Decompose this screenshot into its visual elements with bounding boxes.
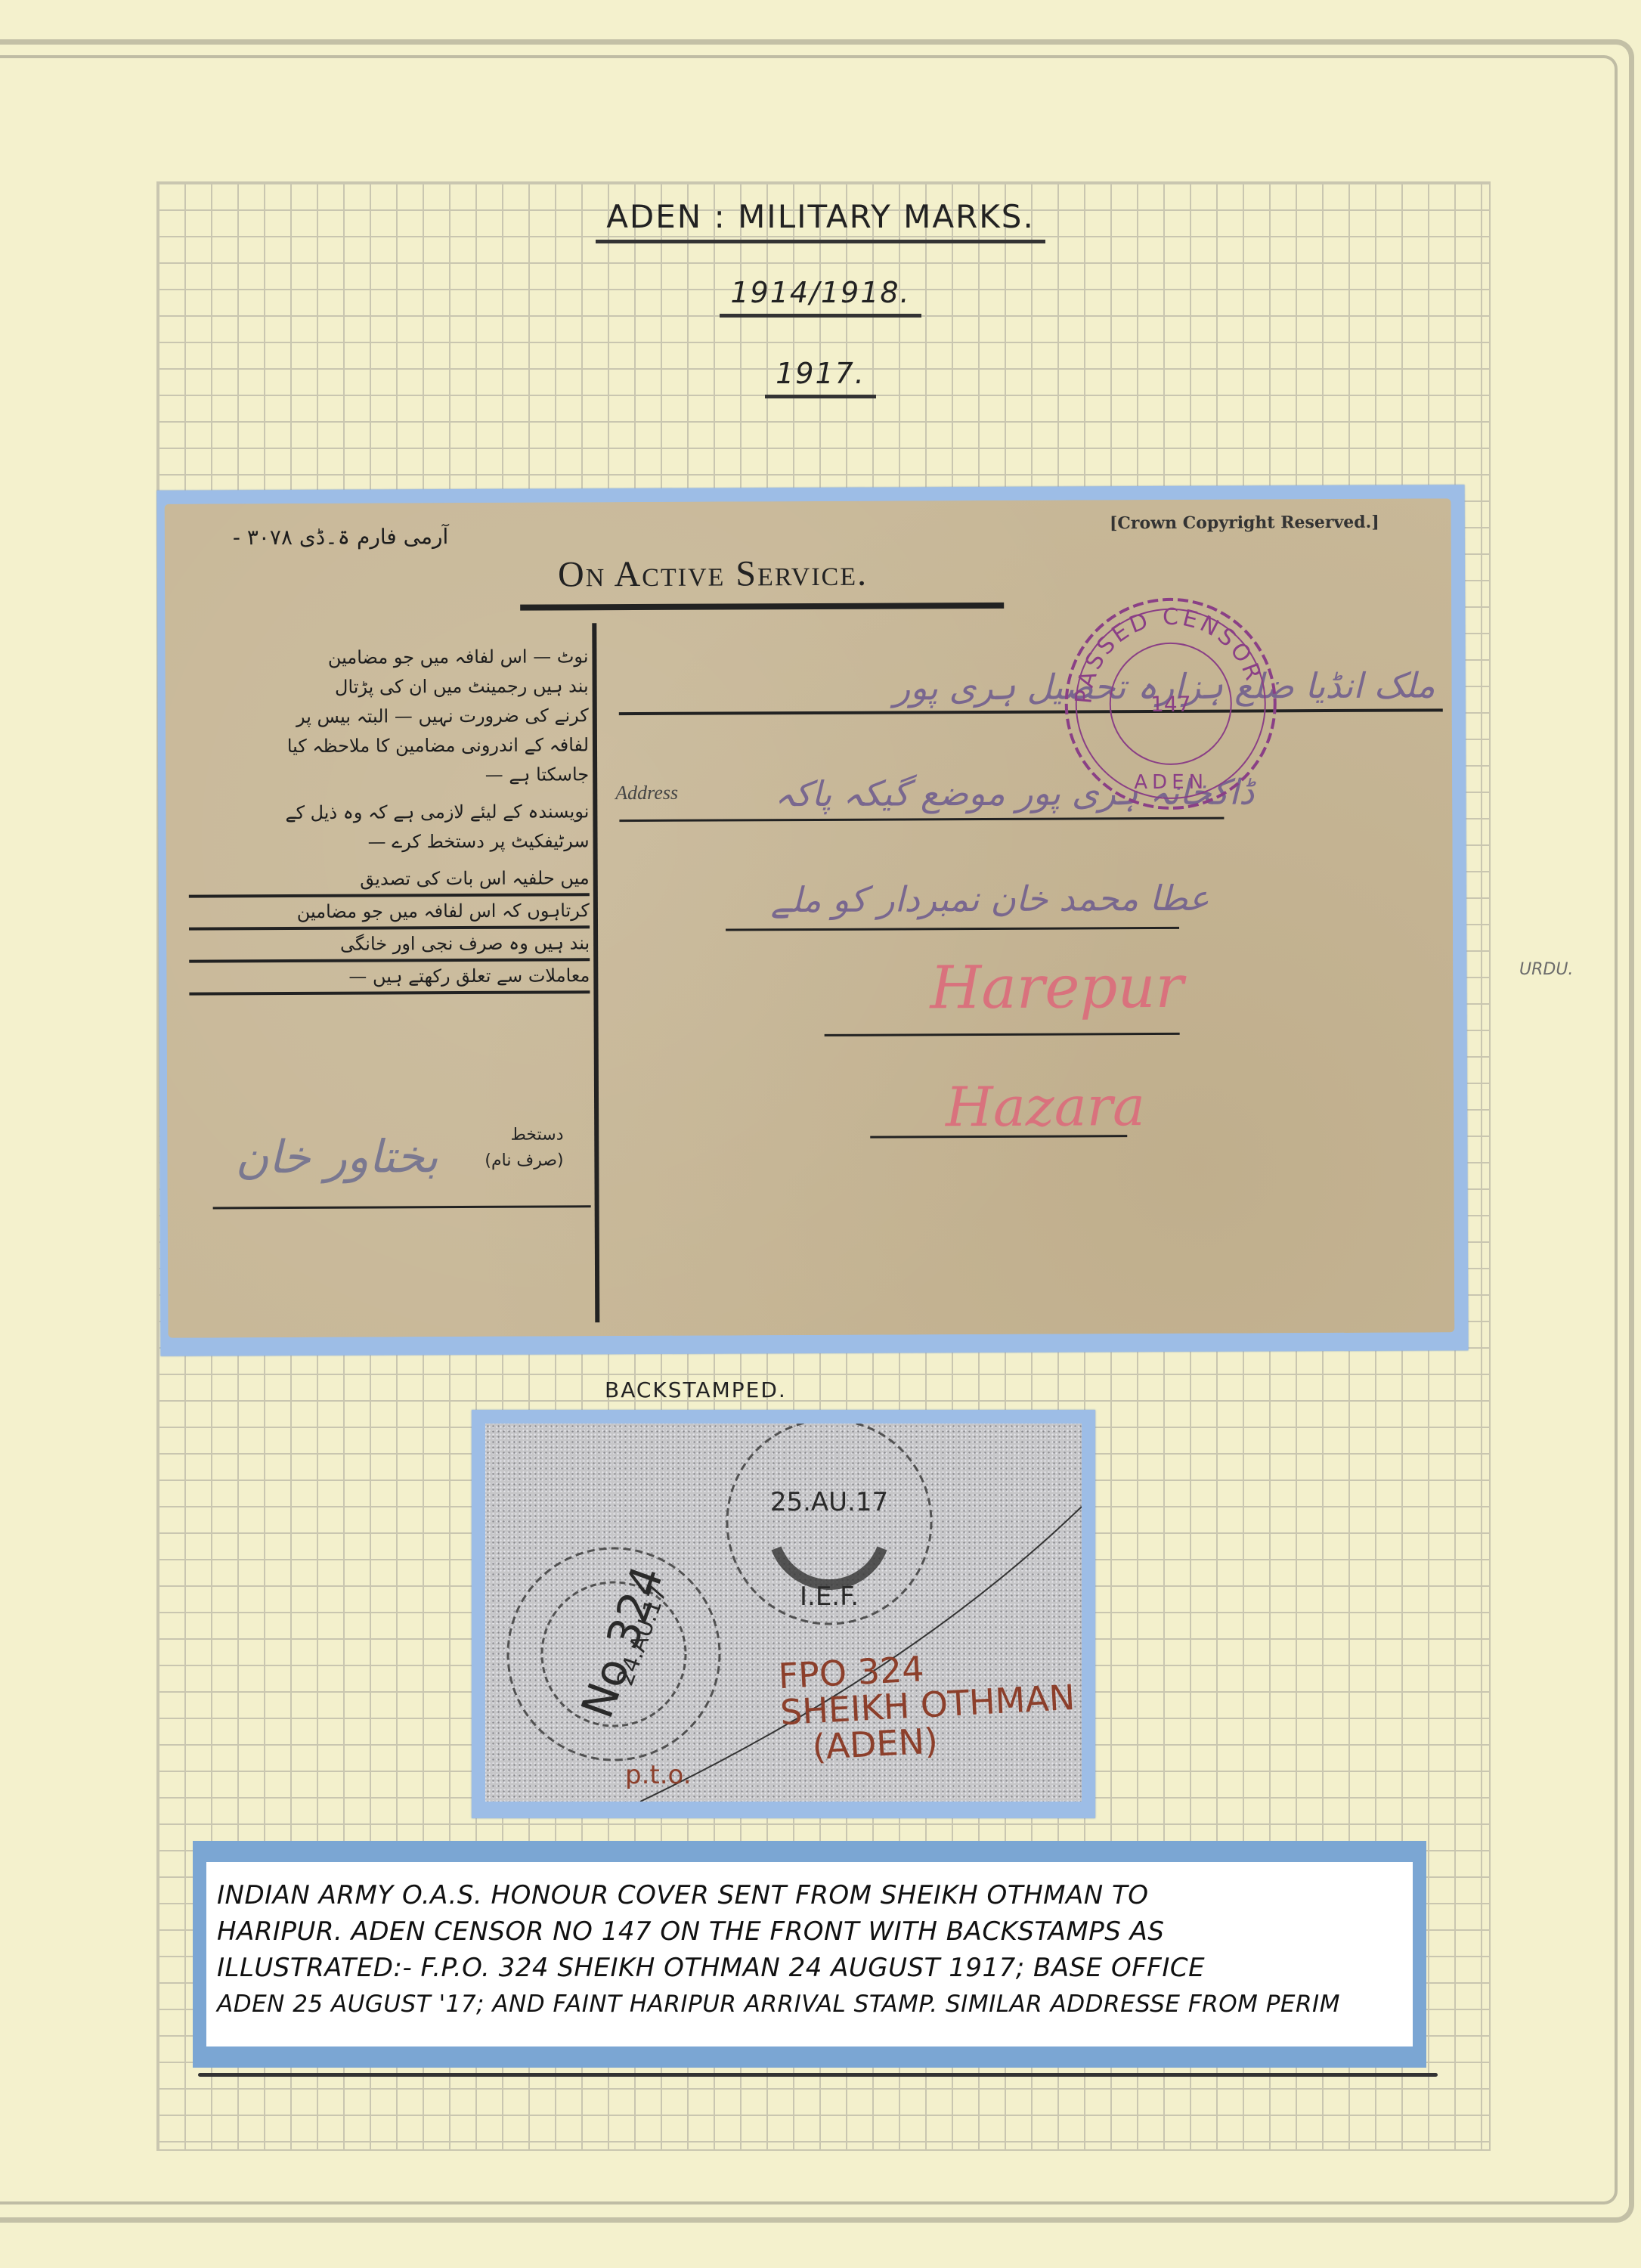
page-title: ADEN : MILITARY MARKS.	[0, 198, 1641, 243]
signature-line	[213, 1205, 591, 1209]
sender-signature: بختاور خان	[235, 1130, 438, 1184]
page-year: 1917.	[0, 357, 1641, 398]
address-line-4	[825, 1033, 1180, 1036]
svg-text:No 324: No 324	[571, 1559, 673, 1724]
heading-rule	[520, 603, 1004, 611]
svg-text:I.E.F.: I.E.F.	[800, 1582, 859, 1612]
on-active-service-heading: On Active Service.	[558, 553, 868, 596]
svg-text:PASSED CENSOR: PASSED CENSOR	[1070, 603, 1268, 705]
caption-text: INDIAN ARMY O.A.S. HONOUR COVER SENT FRO…	[206, 1862, 1413, 2046]
page-period: 1914/1918.	[0, 276, 1641, 318]
censor-place: ADEN	[1134, 771, 1208, 794]
pto-note: p.t.o.	[625, 1760, 692, 1790]
censor-number: 147	[1150, 692, 1191, 717]
address-english-town: Harepur	[930, 953, 1184, 1022]
cover-front: آرمی فارم ۃ۔ڈی ۳۰۷۸ - [Crown Copyright R…	[165, 498, 1455, 1337]
address-line-1	[619, 708, 1443, 715]
backstamped-label: BACKSTAMPED.	[605, 1377, 787, 1402]
urdu-instructions: نوٹ — اس لفافہ میں جو مضامین بند ہیں رجم…	[187, 642, 590, 995]
cover-mount: آرمی فارم ۃ۔ڈی ۳۰۷۸ - [Crown Copyright R…	[157, 485, 1469, 1356]
address-line-3	[726, 927, 1179, 931]
address-urdu-line-1: ملک انڈیا ضلع ہزارہ تحصیل ہری پور	[634, 665, 1435, 709]
vertical-divider	[592, 623, 599, 1322]
backstamp-photocopy: No 324 24.AU.17 25.AU.17 I.E.F. FPO 324 …	[485, 1424, 1082, 1802]
address-english-district: Hazara	[946, 1074, 1145, 1139]
signature-label: دستخط (صرف نام)	[485, 1122, 564, 1173]
passed-censor-stamp: PASSED CENSOR 147 ADEN	[1057, 590, 1284, 817]
bottom-rule	[198, 2073, 1438, 2077]
svg-text:25.AU.17: 25.AU.17	[770, 1487, 888, 1517]
form-reference: آرمی فارم ۃ۔ڈی ۳۰۷۸ -	[233, 524, 449, 550]
caption-mount: INDIAN ARMY O.A.S. HONOUR COVER SENT FRO…	[193, 1841, 1426, 2068]
address-line-2	[619, 817, 1224, 822]
address-urdu-line-3: عطا محمد خان نمبردار کو ملے	[741, 878, 1209, 921]
copyright-notice: [Crown Copyright Reserved.]	[1110, 513, 1379, 534]
fpo-annotation: FPO 324 SHEIKH OTHMAN (ADEN)	[777, 1643, 1077, 1767]
margin-note-urdu: URDU.	[1519, 960, 1573, 979]
backstamp-mount: No 324 24.AU.17 25.AU.17 I.E.F. FPO 324 …	[472, 1410, 1095, 1818]
